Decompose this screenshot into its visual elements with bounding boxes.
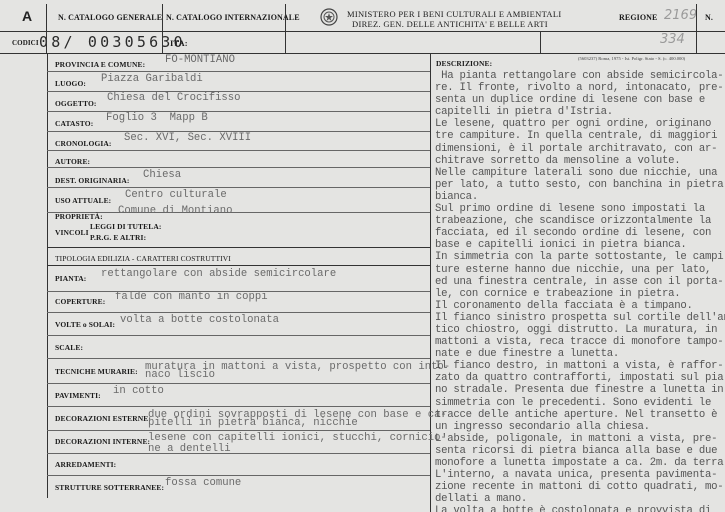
luogo-label: LUOGO: [55,79,86,88]
pianta-value: rettangolare con abside semicircolare [101,268,336,280]
descrizione-line: tracce delle antiche aperture. Nel trans… [435,409,725,421]
print-note: (5603237) Roma, 1975 - Ist. Poligr. Stat… [578,56,685,61]
descrizione-line: nate e due finestre a lunetta. [435,348,725,360]
regione-label: REGIONE [619,13,658,22]
descrizione-line: trabeazione, che scandisce orizzontalmen… [435,215,725,227]
provincia-label: PROVINCIA E COMUNE: [55,60,145,69]
descrizione-line: tre campiture. In quella centrale, di ma… [435,130,725,142]
descrizione-label: DESCRIZIONE: [436,59,492,68]
luogo-value: Piazza Garibaldi [101,73,203,85]
descrizione-line: Ha pianta rettangolare con abside semici… [435,70,725,82]
uso-attuale-value: Centro culturale [125,189,227,201]
arredamenti-label: ARREDAMENTI: [55,460,116,469]
descrizione-line: L'interno, a navata unica, presenta pavi… [435,469,725,481]
descrizione-line: per lato, a tutto sesto, con banchina in… [435,179,725,191]
proprieta-label: PROPRIETÀ: [55,212,103,221]
pavimenti-value: in cotto [113,385,164,397]
descrizione-line: Sul primo ordine di lesene sono impostat… [435,203,725,215]
coperture-value: falde con manto in coppi [115,291,268,303]
uso-attuale-label: USO ATTUALE: [55,196,111,205]
descrizione-line: L'abside, poligonale, in mattoni a vista… [435,433,725,445]
ministry-line-1: MINISTERO PER I BENI CULTURALI E AMBIENT… [347,9,561,19]
autore-label: AUTORE: [55,157,90,166]
descrizione-line: dimensioni, è il portale architravato, c… [435,143,725,155]
pavimenti-label: PAVIMENTI: [55,391,101,400]
descrizione-line: no stradale. Presenta due finestre a lun… [435,384,725,396]
tecniche-murarie-value-2: naco liscio [145,371,215,380]
descrizione-line: La volta a botte è costolonata e provvis… [435,505,725,512]
descrizione-line: zato da quattro contrafforti, impostati … [435,372,725,384]
decorazioni-interne-value-2: ne a dentelli [148,445,231,454]
descrizione-line: Nelle campiture laterali sono due nicchi… [435,167,725,179]
descrizione-line: capitelli in pietra d'Istria. [435,106,725,118]
dest-originaria-value: Chiesa [143,169,181,181]
descrizione-line: senta un duplice ordine di lesene con ba… [435,94,725,106]
descrizione-line: ed una finestra centrale, in asse con il… [435,276,725,288]
vincoli-label: VINCOLI [55,228,89,237]
descrizione-line: un ingresso secondario alla chiesa. [435,421,725,433]
decorazioni-interne-label: DECORAZIONI INTERNE: [55,437,150,446]
decorazioni-interne-value-1: lesene con capitelli ionici, stucchi, co… [148,434,447,443]
regione-handwritten: 2169 [664,8,697,23]
decorazioni-esterne-value-2: pitelli in pietra bianca, nicchie [148,419,358,428]
coperture-label: COPERTURE: [55,297,105,306]
provincia-value: FO-MONTIANO [165,54,235,66]
descrizione-line: le, con cornice e trabeazione in pietra. [435,288,725,300]
ita-label: ITA: [170,38,188,48]
codici-label: CODICI [12,39,39,47]
descrizione-line: chitrave sorretto da mensoline a volute. [435,155,725,167]
descrizione-line: Il coronamento della facciata è a timpan… [435,300,725,312]
italian-republic-emblem-icon [320,8,338,26]
scale-label: SCALE: [55,343,83,352]
leggi-tutela-label: LEGGI DI TUTELA: [90,222,161,231]
dest-originaria-label: DEST. ORIGINARIA: [55,176,130,185]
catasto-label: CATASTO: [55,119,93,128]
descrizione-line: Il fianco destro, in mattoni a vista, è … [435,360,725,372]
strutture-sotterranee-label: STRUTTURE SOTTERRANEE: [55,483,164,492]
descrizione-line: mattoni a vista, reca tracce di monofore… [435,336,725,348]
codici-value: 08/ 00305630 [39,33,186,51]
tecniche-murarie-label: TECNICHE MURARIE: [55,367,138,376]
prg-label: P.R.G. E ALTRI: [90,233,146,242]
tipologia-section-label: TIPOLOGIA EDILIZIA - CARATTERI COSTRUTTI… [55,254,231,263]
volte-label: VOLTE o SOLAI: [55,320,115,329]
catalogo-internazionale-label: N. CATALOGO INTERNAZIONALE [166,13,300,22]
descrizione-line: tico chiostro, oggi distrutto. La muratu… [435,324,725,336]
decorazioni-esterne-label: DECORAZIONI ESTERNE: [55,414,151,423]
catalogo-generale-label: N. CATALOGO GENERALE [58,13,162,22]
descrizione-line: senta ricorsi di pietra bianca alla base… [435,445,725,457]
descrizione-text: Ha pianta rettangolare con abside semici… [435,70,725,512]
n-label: N. [705,13,713,22]
descrizione-line: dellati a mano. [435,493,725,505]
descrizione-line: base e capitelli ionici in pietra bianca… [435,239,725,251]
strutture-sotterranee-value: fossa comune [165,477,241,489]
proprieta-value: Comune di Montiano [118,205,232,217]
cronologia-label: CRONOLOGIA: [55,139,112,148]
descrizione-line: In simmetria con la parte sottostante, l… [435,251,725,263]
descrizione-line: monofore a lunetta impostate a ca. 2m. d… [435,457,725,469]
descrizione-line: zione recente in mattoni di cotto quadra… [435,481,725,493]
descrizione-line: Le lesene, quattro per ogni ordine, orig… [435,118,725,130]
ministry-line-2: DIREZ. GEN. DELLE ANTICHITA' E BELLE ART… [352,19,548,29]
catasto-value: Foglio 3 Mapp B [106,112,208,124]
descrizione-line: simmetria con le precedenti. Sono eviden… [435,397,725,409]
pianta-label: PIANTA: [55,274,86,283]
oggetto-value: Chiesa del Crocifisso [107,92,241,104]
volte-value: volta a botte costolonata [120,314,279,326]
descrizione-line: bianca. [435,191,725,203]
header-letter: A [22,8,32,24]
descrizione-line: facciata, ed il secondo ordine di lesene… [435,227,725,239]
descrizione-line: ture esterne hanno due nicchie, una per … [435,264,725,276]
cronologia-value: Sec. XVI, Sec. XVIII [124,132,251,144]
descrizione-line: re. Il fronte, rivolto a nord, intonacat… [435,82,725,94]
oggetto-label: OGGETTO: [55,99,97,108]
handwritten-number: 334 [660,32,685,47]
descrizione-line: Il fianco sinistro prospetta sul cortile… [435,312,725,324]
